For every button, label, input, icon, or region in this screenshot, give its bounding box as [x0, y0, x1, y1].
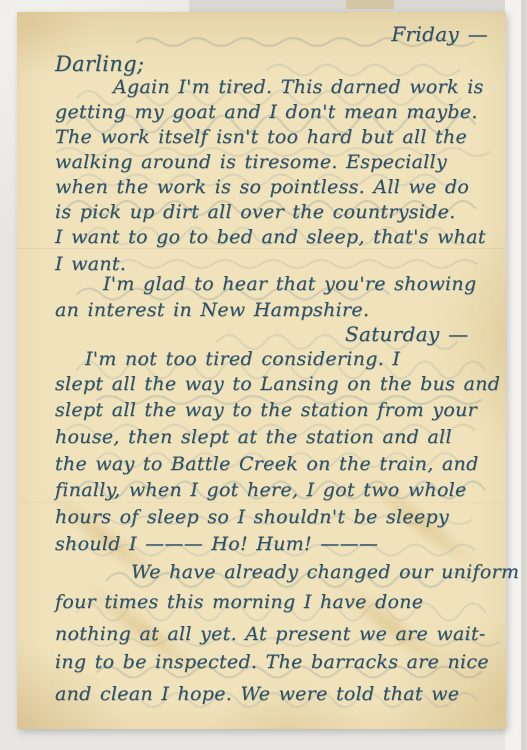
- letter-line: walking around is tiresome. Especially: [55, 150, 492, 174]
- letter-line: when the work is so pointless. All we do: [55, 175, 492, 199]
- letter-line: We have already changed our uniform: [55, 560, 492, 584]
- letter-line: slept all the way to Lansing on the bus …: [55, 372, 492, 396]
- letter-line: house, then slept at the station and all: [55, 425, 492, 449]
- background-paper-tab: [346, 0, 394, 9]
- letter-lines: Friday —Darling;Again I'm tired. This da…: [17, 12, 506, 729]
- letter-line: four times this morning I have done: [55, 590, 492, 614]
- letter-line: the way to Battle Creek on the train, an…: [55, 452, 492, 476]
- letter-line: an interest in New Hampshire.: [55, 298, 492, 322]
- letter-line: Friday —: [55, 22, 492, 46]
- letter-line: Saturday —: [345, 322, 492, 346]
- letter-line: I want to go to bed and sleep, that's wh…: [55, 225, 492, 249]
- letter-line: getting my goat and I don't mean maybe.: [55, 100, 492, 124]
- letter-line: Again I'm tired. This darned work is: [55, 75, 492, 99]
- letter-line: ing to be inspected. The barracks are ni…: [55, 650, 492, 674]
- photo-background: Friday —Darling;Again I'm tired. This da…: [0, 0, 527, 750]
- letter-line: The work itself isn't too hard but all t…: [55, 125, 492, 149]
- letter-line: should I ——— Ho! Hum! ———: [55, 532, 492, 556]
- mat-edge-strip: [505, 0, 521, 750]
- letter-line: I'm not too tired considering. I: [55, 347, 492, 371]
- background-right-edge: [521, 0, 527, 750]
- letter-line: is pick up dirt all over the countryside…: [55, 200, 492, 224]
- letter-line: hours of sleep so I shouldn't be sleepy: [55, 505, 492, 529]
- letter-line: I'm glad to hear that you're showing: [55, 272, 492, 296]
- letter-line: slept all the way to the station from yo…: [55, 398, 492, 422]
- letter-line: finally, when I got here, I got two whol…: [55, 478, 492, 502]
- letter-sheet: Friday —Darling;Again I'm tired. This da…: [17, 12, 506, 729]
- letter-line: nothing at all yet. At present we are wa…: [55, 622, 492, 646]
- letter-line: and clean I hope. We were told that we: [55, 682, 492, 706]
- letter-line: Darling;: [55, 52, 492, 76]
